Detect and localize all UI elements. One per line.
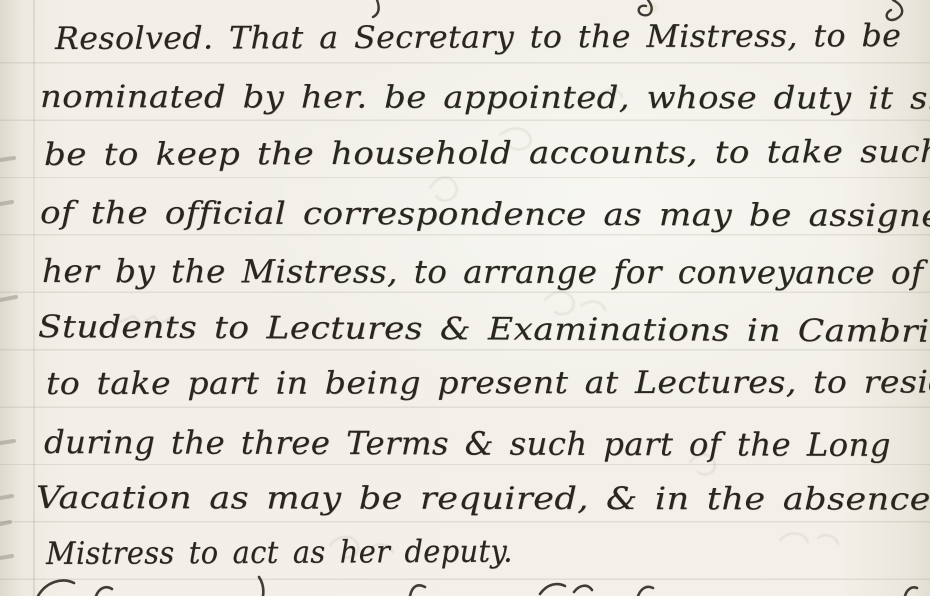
handwritten-line-5: her by the Mistress, to arrange for conv… bbox=[42, 252, 924, 292]
handwritten-line-8: during the three Terms & such part of th… bbox=[44, 423, 891, 464]
page-fold-crease bbox=[33, 0, 35, 596]
handwritten-line-6: Students to Lectures & Examinations in C… bbox=[38, 309, 930, 350]
handwritten-line-1: Resolved. That a Secretary to the Mistre… bbox=[55, 18, 901, 57]
manuscript-page: Resolved. That a Secretary to the Mistre… bbox=[0, 0, 930, 596]
handwritten-line-7: to take part in being present at Lecture… bbox=[46, 364, 930, 402]
handwritten-line-10: Mistress to act as her deputy. bbox=[46, 534, 513, 572]
handwritten-line-9: Vacation as may be required, & in the ab… bbox=[36, 480, 930, 518]
handwritten-line-4: of the official correspondence as may be… bbox=[40, 195, 930, 234]
handwritten-line-2: nominated by her. be appointed, whose du… bbox=[40, 79, 930, 117]
handwritten-line-3: be to keep the household accounts, to ta… bbox=[44, 134, 930, 173]
next-line-ascender-strokes bbox=[0, 574, 930, 596]
